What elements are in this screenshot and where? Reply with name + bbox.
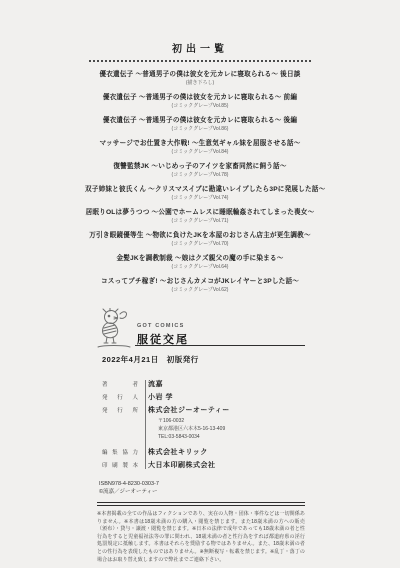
work-source: (描き下ろし) [85, 79, 315, 87]
list-item: 優衣遺伝子 〜普通男子の僕は彼女を元カレに寝取られる〜 前編 (コミックグレープ… [85, 93, 315, 110]
isbn-number: ISBN978-4-8230-0303-7 [99, 480, 305, 488]
credit-value: 小岩 学 [138, 392, 173, 402]
list-item: コスってプチ稼ぎ! 〜おじさんカメコがJKレイヤーと3Pした話〜 (コミックグレ… [85, 277, 315, 294]
work-title: マッサージでお仕置き大作戦! 〜生意気ギャル妹を屈服させる話〜 [85, 139, 315, 148]
mascot-doodle-icon [97, 308, 131, 348]
publisher-postal: 〒106-0032 [148, 418, 305, 425]
credit-row-author: 著者 流嘉 [102, 379, 305, 389]
work-source: (コミックグレープVol.85) [85, 102, 315, 110]
brand-row: GOT COMICS 服従交尾 [97, 306, 305, 346]
list-item: 復讐監禁JK 〜いじめっ子のアイツを家畜同然に飼う話〜 (コミックグレープVol… [85, 162, 315, 179]
work-title: 双子姉妹と彼氏くん 〜クリスマスイブに勘違いレイプしたら3Pに発展した話〜 [85, 185, 315, 194]
credit-row-editing: 編集協力 株式会社キリック [102, 447, 305, 457]
title-underline [135, 345, 305, 346]
work-title: 居眠りOLは夢うつつ 〜公園でホームレスに睡眠輪姦されてしまった喪女〜 [85, 208, 315, 217]
list-item: 金髪JKを調教制裁 〜娘はクズ親父の魔の手に染まる〜 (コミックグレープVol.… [85, 254, 315, 271]
credit-label: 著者 [102, 379, 138, 388]
copyright-line: ©流嘉／ジーオーティー [99, 488, 305, 496]
dotted-divider [89, 60, 311, 62]
credit-label: 発行人 [102, 392, 138, 401]
list-title: 初出一覧 [85, 40, 315, 55]
list-item: マッサージでお仕置き大作戦! 〜生意気ギャル妹を屈服させる話〜 (コミックグレー… [85, 139, 315, 156]
work-title: 万引き眼鏡優等生 〜物欲に負けたJKを本屋のおじさん店主が更生調教〜 [85, 231, 315, 240]
credit-row-printing: 印刷製本 大日本印刷株式会社 [102, 460, 305, 470]
publisher-address: 東京都港区六本木5-16-13-409 [148, 426, 305, 433]
work-title: 金髪JKを調教制裁 〜娘はクズ親父の魔の手に染まる〜 [85, 254, 315, 263]
list-item: 居眠りOLは夢うつつ 〜公園でホームレスに睡眠輪姦されてしまった喪女〜 (コミッ… [85, 208, 315, 225]
list-item: 優衣遺伝子 〜普通男子の僕は彼女を元カレに寝取られる〜 後編 (コミックグレープ… [85, 116, 315, 133]
credit-value: 大日本印刷株式会社 [138, 460, 216, 470]
work-source: (コミックグレープVol.70) [85, 240, 315, 248]
first-publication-list: 初出一覧 優衣遺伝子 〜普通男子の僕は彼女を元カレに寝取られる〜 後日談 (描き… [85, 40, 315, 300]
work-title: 優衣遺伝子 〜普通男子の僕は彼女を元カレに寝取られる〜 後日談 [85, 70, 315, 79]
credit-row-publisher: 発行所 株式会社ジーオーティー [102, 405, 305, 415]
work-source: (コミックグレープVol.78) [85, 171, 315, 179]
edition-line: 2022年4月21日 初版発行 [102, 354, 305, 365]
credit-value: 株式会社キリック [138, 447, 208, 457]
colophon-page: 初出一覧 優衣遺伝子 〜普通男子の僕は彼女を元カレに寝取られる〜 後日談 (描き… [0, 0, 400, 568]
work-title: 優衣遺伝子 〜普通男子の僕は彼女を元カレに寝取られる〜 後編 [85, 116, 315, 125]
work-title: コスってプチ稼ぎ! 〜おじさんカメコがJKレイヤーと3Pした話〜 [85, 277, 315, 286]
credits-table: 著者 流嘉 発行人 小岩 学 発行所 株式会社ジーオーティー 〒106-0032… [102, 379, 305, 470]
work-source: (コミックグレープVol.62) [85, 286, 315, 294]
work-source: (コミックグレープVol.84) [85, 148, 315, 156]
list-item: 万引き眼鏡優等生 〜物欲に負けたJKを本屋のおじさん店主が更生調教〜 (コミック… [85, 231, 315, 248]
work-source: (コミックグレープVol.86) [85, 125, 315, 133]
double-rule-divider [97, 502, 305, 506]
credit-value: 株式会社ジーオーティー [138, 405, 230, 415]
credit-row-publisher-person: 発行人 小岩 学 [102, 392, 305, 402]
work-source: (コミックグレープVol.71) [85, 217, 315, 225]
list-item: 優衣遺伝子 〜普通男子の僕は彼女を元カレに寝取られる〜 後日談 (描き下ろし) [85, 70, 315, 87]
colophon-block: GOT COMICS 服従交尾 2022年4月21日 初版発行 著者 流嘉 発行… [97, 306, 305, 564]
credit-label: 印刷製本 [102, 460, 138, 469]
work-source: (コミックグレープVol.74) [85, 194, 315, 202]
work-title: 優衣遺伝子 〜普通男子の僕は彼女を元カレに寝取られる〜 前編 [85, 93, 315, 102]
credit-label: 発行所 [102, 405, 138, 414]
publisher-tel: TEL:03-5843-0034 [148, 434, 305, 441]
disclaimer-text: ※本書掲載の全ての作品はフィクションであり、実在の人物・団体・事件などは一切関係… [97, 511, 305, 564]
work-title: 復讐監禁JK 〜いじめっ子のアイツを家畜同然に飼う話〜 [85, 162, 315, 171]
list-item: 双子姉妹と彼氏くん 〜クリスマスイブに勘違いレイプしたら3Pに発展した話〜 (コ… [85, 185, 315, 202]
brand-label: GOT COMICS [137, 323, 184, 329]
isbn-block: ISBN978-4-8230-0303-7 ©流嘉／ジーオーティー [99, 480, 305, 496]
credit-value: 流嘉 [138, 379, 163, 389]
credit-label: 編集協力 [102, 447, 138, 456]
work-source: (コミックグレープVol.64) [85, 263, 315, 271]
